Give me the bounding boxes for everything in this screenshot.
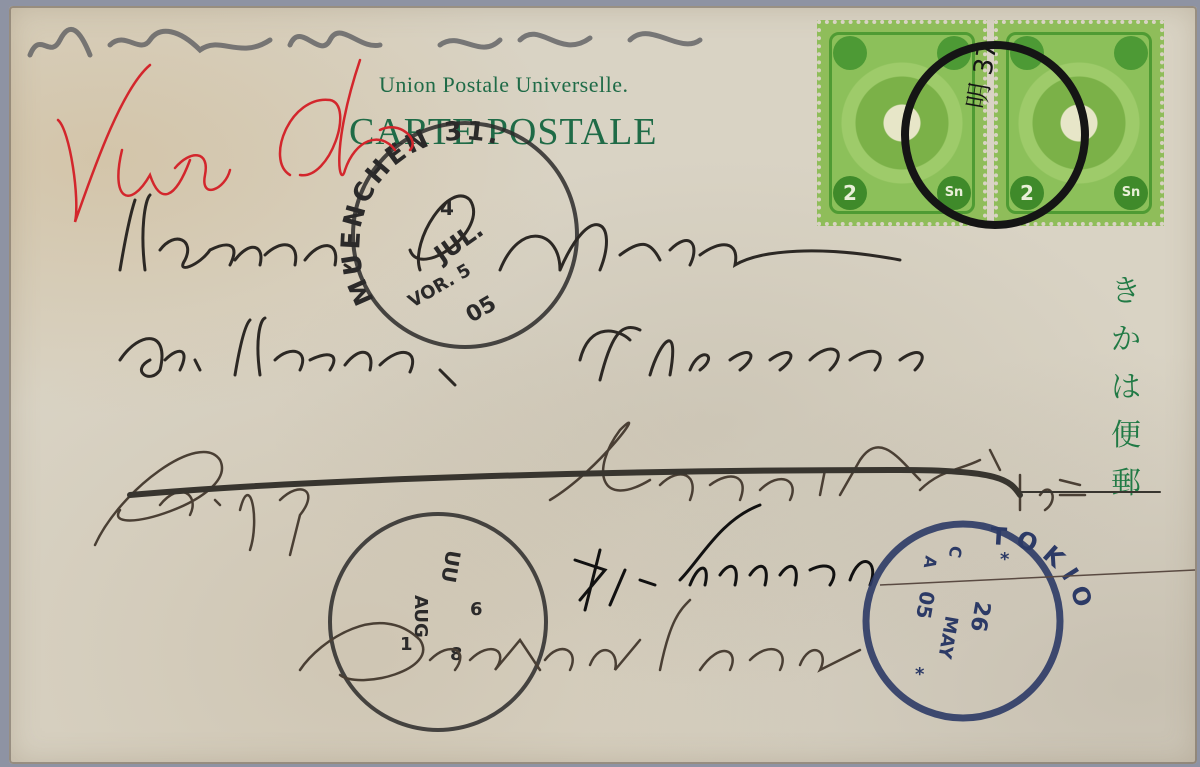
jp-char: か [1109, 316, 1143, 364]
jp-char: 便 [1109, 412, 1143, 460]
jp-char: 郵 [1109, 460, 1143, 508]
stamp-currency-mark: Sn [937, 176, 971, 210]
stamp-denomination: 2 [833, 176, 867, 210]
jp-char: き [1109, 268, 1143, 316]
postcard-back: 2 Sn 2 Sn Union Postale Universelle. CAR… [9, 6, 1197, 764]
postage-stamp-2-sen-right: 2 Sn [994, 20, 1164, 226]
japanese-postcard-label: き か は 便 郵 [1109, 268, 1143, 508]
jp-char: は [1109, 364, 1143, 412]
stamp-currency-mark: Sn [1114, 176, 1148, 210]
stamp-denomination: 2 [1010, 176, 1044, 210]
carte-postale-title: CARTE POSTALE [349, 110, 658, 154]
postage-stamp-2-sen-left: 2 Sn [817, 20, 987, 226]
upu-header: Union Postale Universelle. [379, 72, 628, 98]
